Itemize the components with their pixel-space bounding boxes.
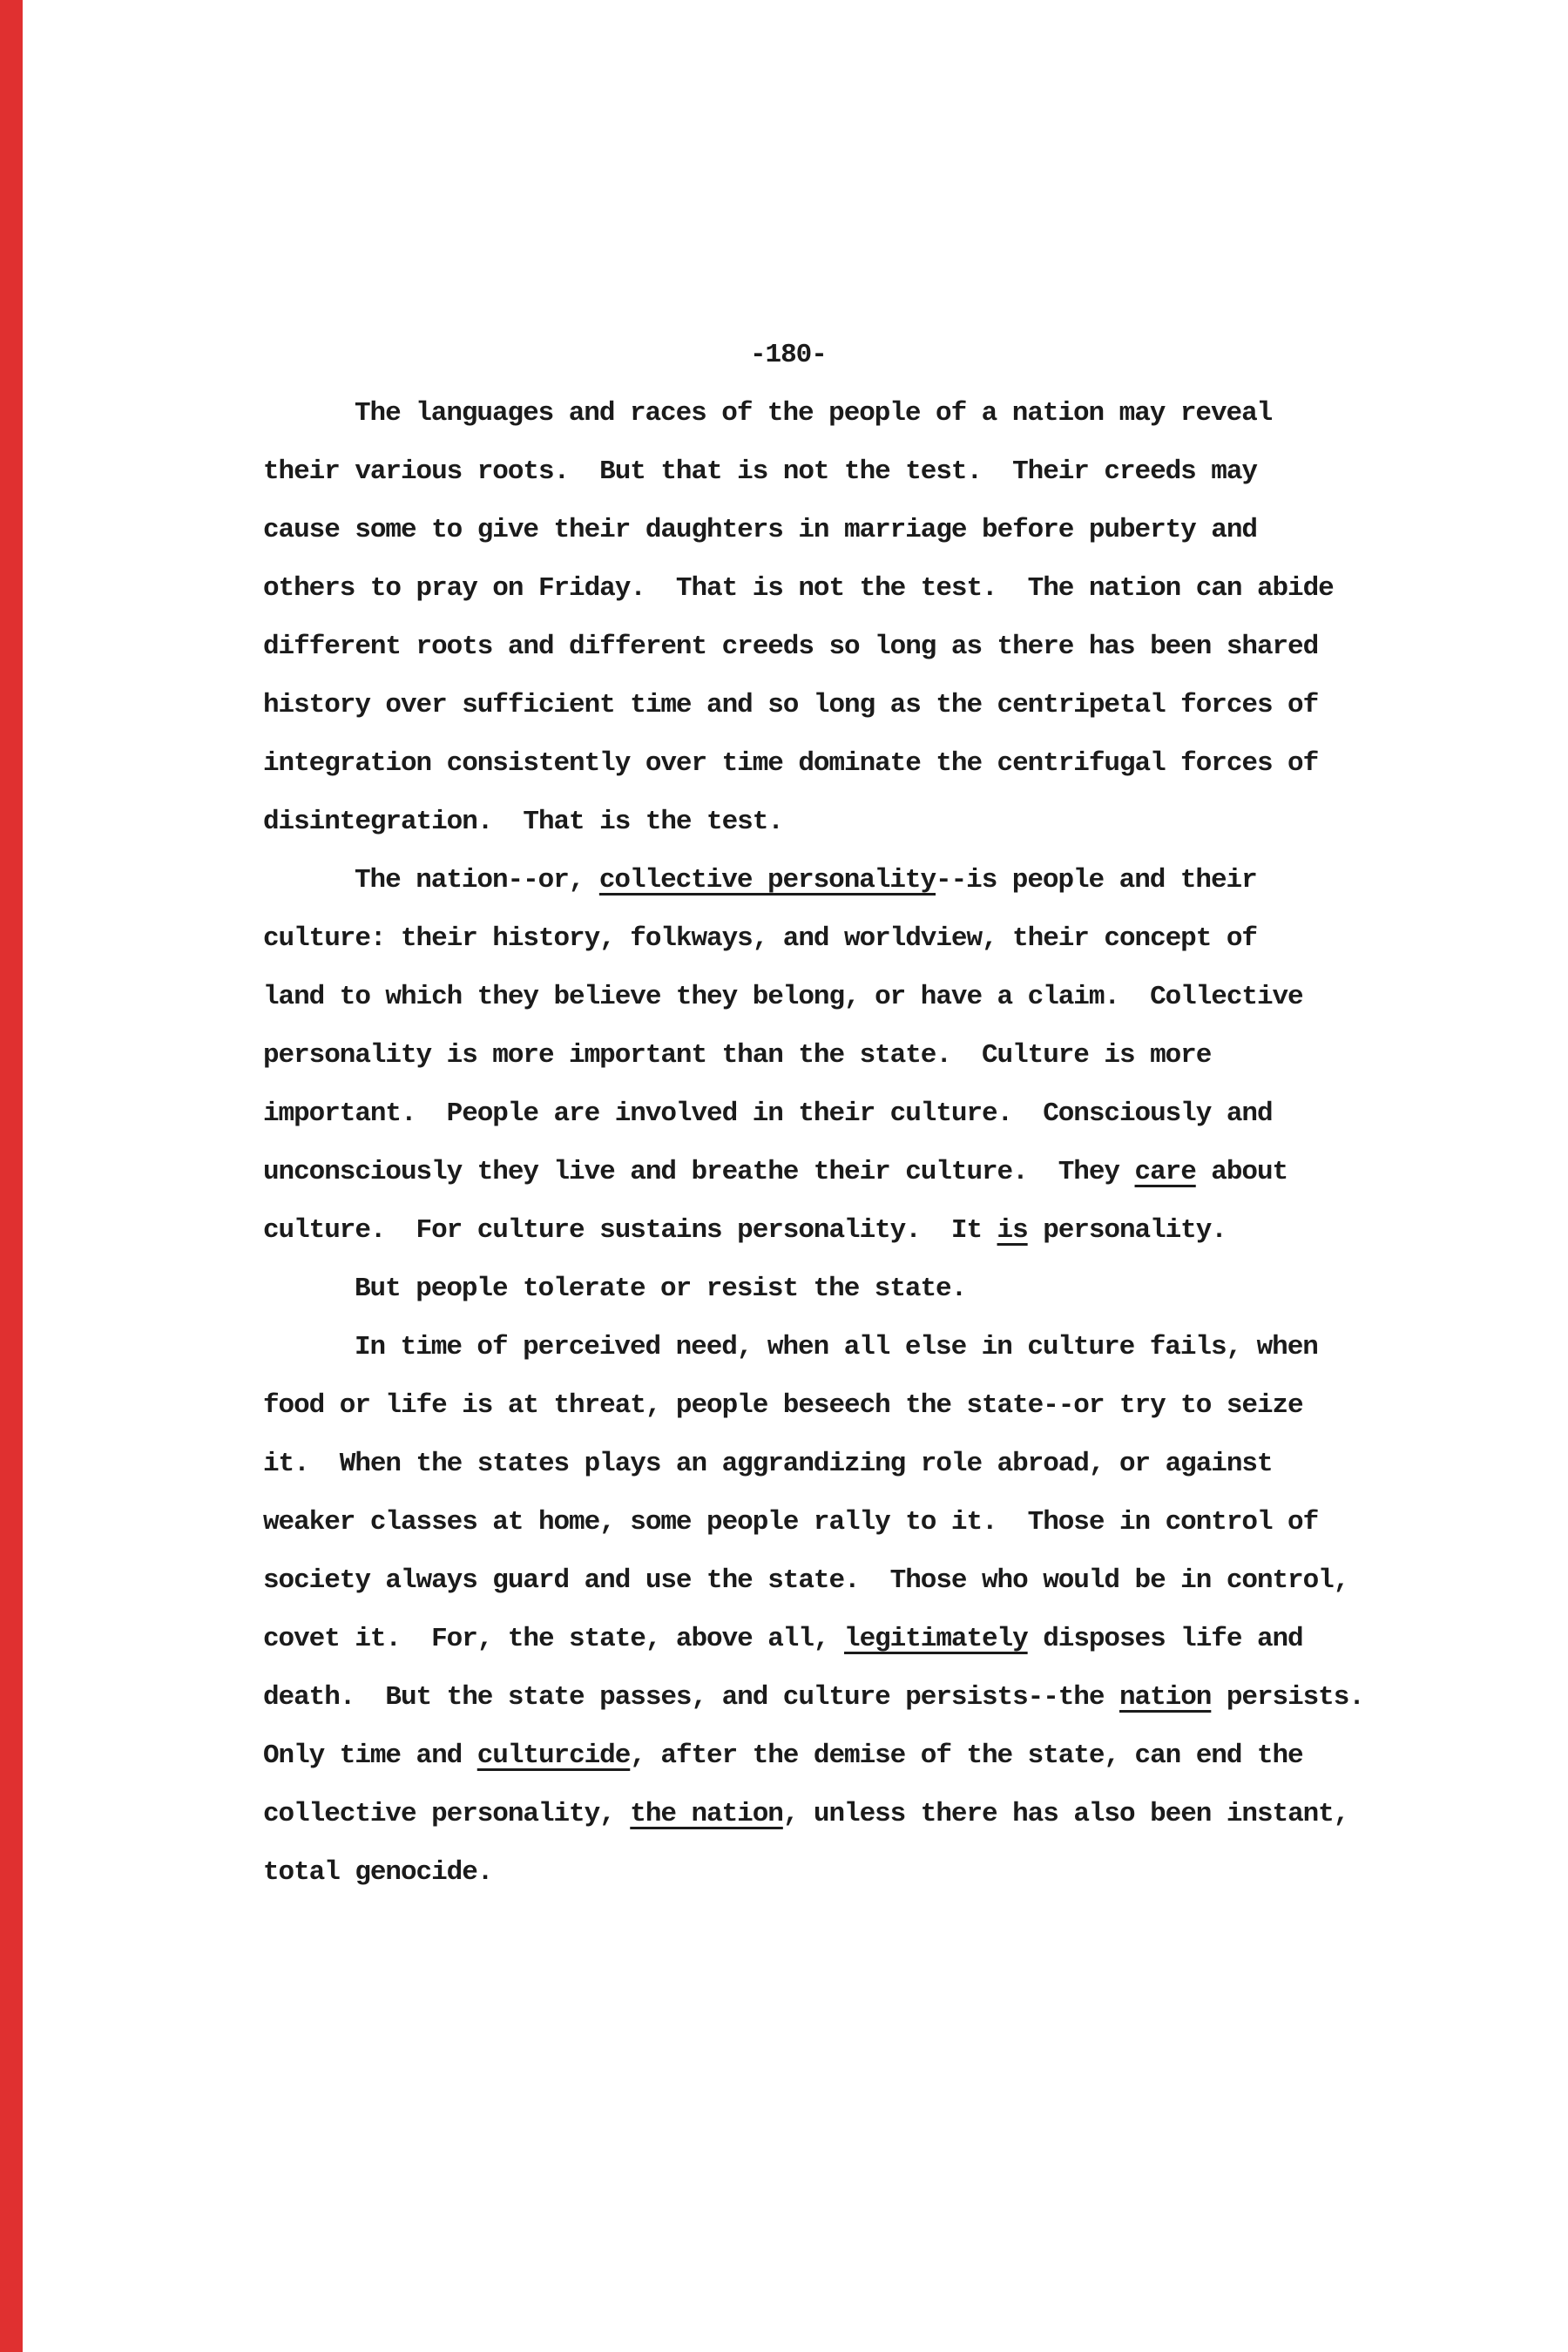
text-segment: personality is more important than the s… — [263, 1040, 1211, 1071]
text-line: food or life is at threat, people beseec… — [263, 1376, 1364, 1435]
text-line: covet it. For, the state, above all, leg… — [263, 1610, 1364, 1668]
text-segment: personality. — [1028, 1215, 1227, 1246]
text-line: others to pray on Friday. That is not th… — [263, 559, 1364, 618]
document-lines: The languages and races of the people of… — [263, 384, 1364, 1902]
underlined-term: is — [997, 1215, 1028, 1246]
text-line: cause some to give their daughters in ma… — [263, 501, 1364, 559]
text-line: land to which they believe they belong, … — [263, 968, 1364, 1026]
text-line: unconsciously they live and breathe thei… — [263, 1143, 1364, 1201]
text-segment: disintegration. That is the test. — [263, 807, 783, 837]
text-line: disintegration. That is the test. — [263, 793, 1364, 851]
text-line: important. People are involved in their … — [263, 1085, 1364, 1143]
text-segment: food or life is at threat, people beseec… — [263, 1390, 1303, 1421]
text-segment: different roots and different creeds so … — [263, 632, 1318, 662]
binding-edge-stripe — [0, 0, 23, 2352]
text-segment: others to pray on Friday. That is not th… — [263, 573, 1334, 604]
text-segment: weaker classes at home, some people rall… — [263, 1507, 1318, 1538]
text-segment: death. But the state passes, and culture… — [263, 1682, 1119, 1713]
text-segment: integration consistently over time domin… — [263, 748, 1318, 779]
text-line: The nation--or, collective personality--… — [263, 851, 1364, 909]
text-segment: , after the demise of the state, can end… — [630, 1740, 1302, 1771]
text-line: culture. For culture sustains personalit… — [263, 1201, 1364, 1260]
text-segment: land to which they believe they belong, … — [263, 982, 1303, 1012]
text-segment: The nation--or, — [355, 865, 599, 896]
text-line: different roots and different creeds so … — [263, 618, 1364, 676]
text-segment: covet it. For, the state, above all, — [263, 1624, 844, 1654]
text-segment: persists. — [1211, 1682, 1364, 1713]
text-segment: --is people and their — [936, 865, 1257, 896]
text-segment: it. When the states plays an aggrandizin… — [263, 1449, 1273, 1479]
text-segment: history over sufficient time and so long… — [263, 690, 1318, 720]
text-segment: culture: their history, folkways, and wo… — [263, 923, 1257, 954]
text-segment: collective personality, — [263, 1799, 630, 1829]
underlined-term: nation — [1119, 1682, 1211, 1713]
text-segment: culture. For culture sustains personalit… — [263, 1215, 997, 1246]
manuscript-page: -180- The languages and races of the peo… — [0, 0, 1568, 2352]
text-line: their various roots. But that is not the… — [263, 443, 1364, 501]
text-segment: about — [1196, 1157, 1288, 1187]
text-segment: The languages and races of the people of… — [355, 398, 1272, 429]
page-number: -180- — [750, 326, 827, 384]
text-line: total genocide. — [263, 1843, 1364, 1902]
text-line: it. When the states plays an aggrandizin… — [263, 1435, 1364, 1493]
underlined-term: collective personality — [599, 865, 936, 896]
text-segment: cause some to give their daughters in ma… — [263, 515, 1257, 545]
underlined-term: the nation — [630, 1799, 783, 1829]
text-line: integration consistently over time domin… — [263, 734, 1364, 793]
text-segment: disposes life and — [1028, 1624, 1303, 1654]
text-segment: society always guard and use the state. … — [263, 1565, 1348, 1596]
text-line: death. But the state passes, and culture… — [263, 1668, 1364, 1727]
text-segment: Only time and — [263, 1740, 477, 1771]
text-line: The languages and races of the people of… — [263, 384, 1364, 443]
text-line: history over sufficient time and so long… — [263, 676, 1364, 734]
text-segment: important. People are involved in their … — [263, 1098, 1273, 1129]
text-line: society always guard and use the state. … — [263, 1551, 1364, 1610]
text-segment: In time of perceived need, when all else… — [355, 1332, 1318, 1362]
text-segment: But people tolerate or resist the state. — [355, 1274, 966, 1304]
text-segment: their various roots. But that is not the… — [263, 456, 1257, 487]
text-line: personality is more important than the s… — [263, 1026, 1364, 1085]
text-line: In time of perceived need, when all else… — [263, 1318, 1364, 1376]
text-segment: unconsciously they live and breathe thei… — [263, 1157, 1135, 1187]
text-line: culture: their history, folkways, and wo… — [263, 909, 1364, 968]
text-line: collective personality, the nation, unle… — [263, 1785, 1364, 1843]
text-line: Only time and culturcide, after the demi… — [263, 1727, 1364, 1785]
text-segment: , unless there has also been instant, — [783, 1799, 1348, 1829]
text-line: weaker classes at home, some people rall… — [263, 1493, 1364, 1551]
underlined-term: care — [1135, 1157, 1196, 1187]
underlined-term: culturcide — [477, 1740, 631, 1771]
text-line: But people tolerate or resist the state. — [263, 1260, 1364, 1318]
text-segment: total genocide. — [263, 1857, 492, 1888]
underlined-term: legitimately — [844, 1624, 1028, 1654]
